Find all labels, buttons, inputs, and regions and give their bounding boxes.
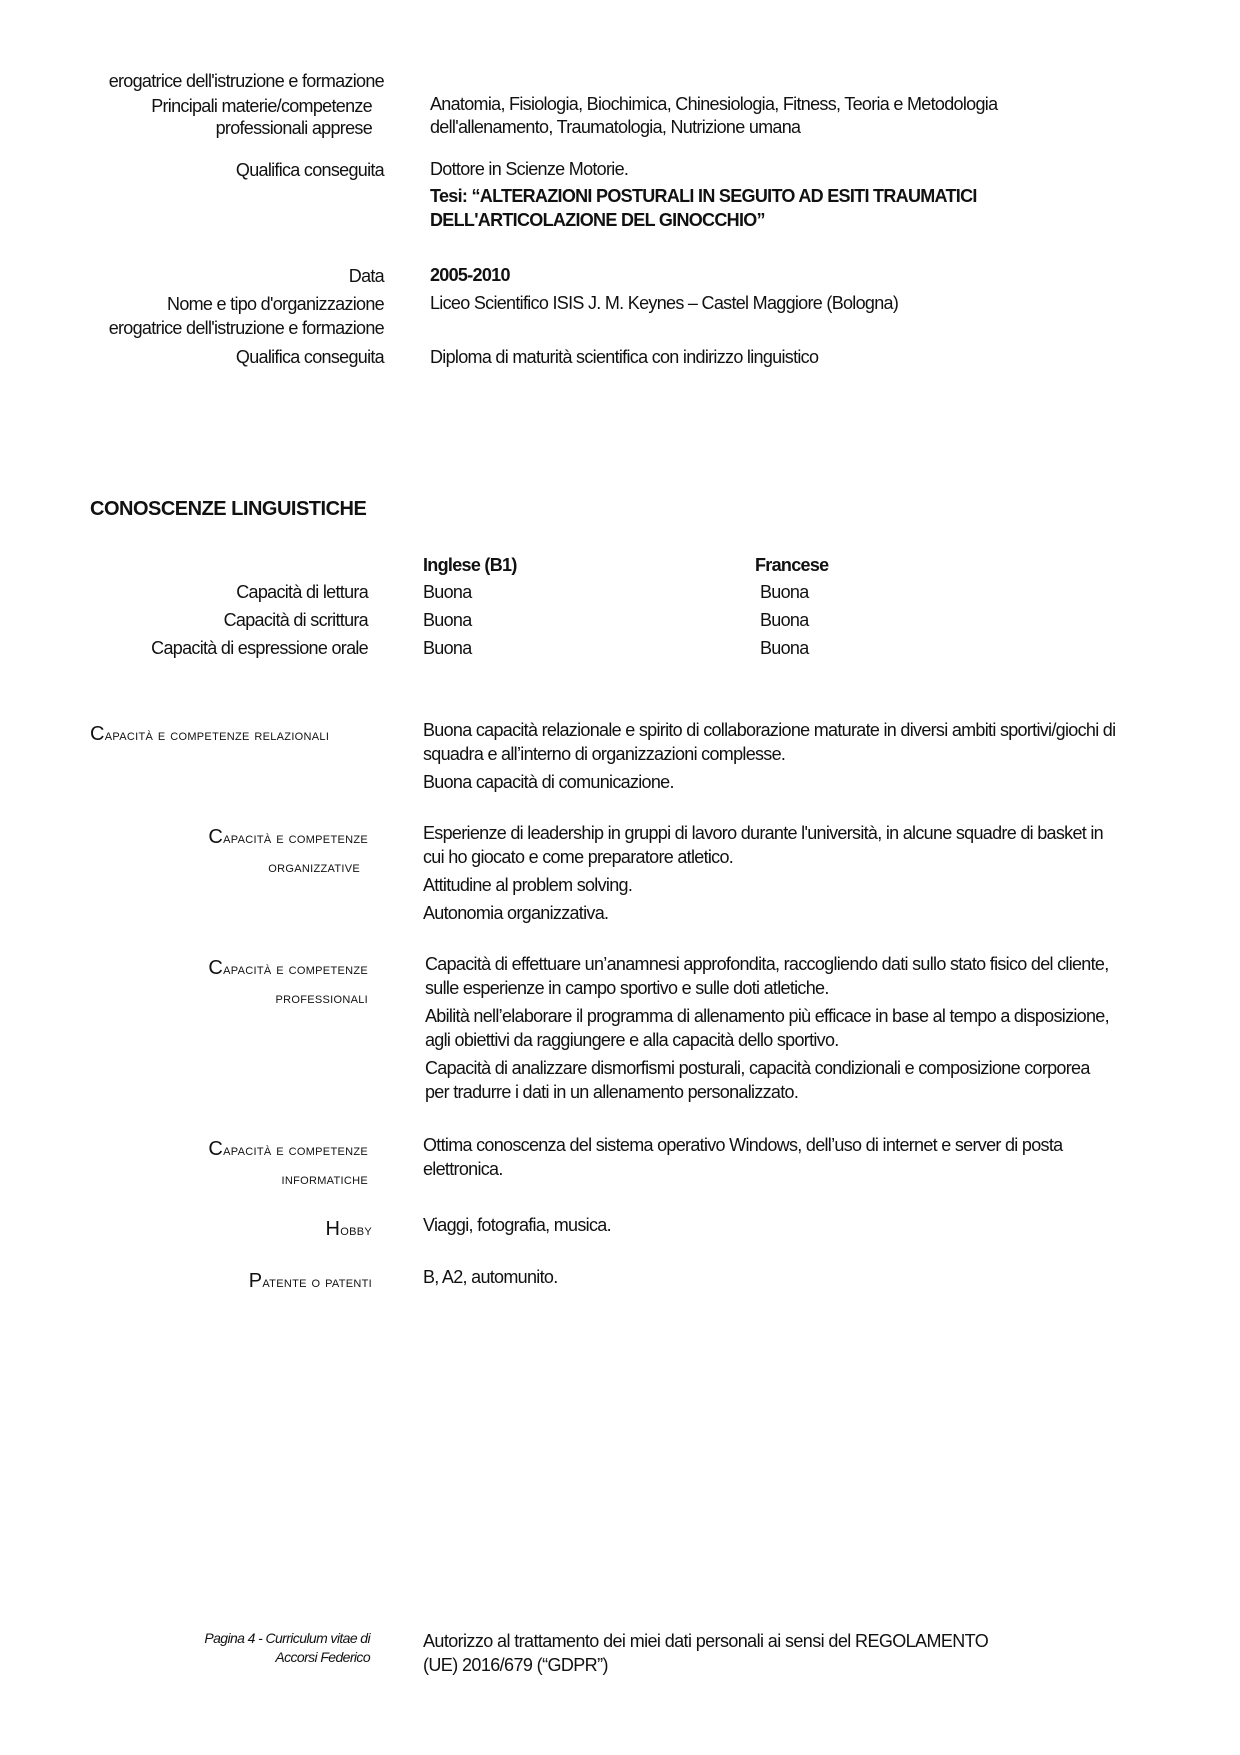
language-level: Buona xyxy=(760,608,809,632)
hs-qualification-label: Qualifica conseguita xyxy=(236,346,384,368)
hs-qualification-value: Diploma di maturità scientifica con indi… xyxy=(430,345,818,369)
language-row-label: Capacità di scrittura xyxy=(224,609,368,631)
skill-value-professionali: Capacità di effettuare un’anamnesi appro… xyxy=(425,952,1109,1104)
thesis-title: Tesi: “ALTERAZIONI POSTURALI IN SEGUITO … xyxy=(430,184,977,232)
language-level: Buona xyxy=(760,580,809,604)
skill-label-informatiche: Capacità e competenzeinformatiche xyxy=(208,1135,368,1194)
language-level: Buona xyxy=(423,636,472,660)
skill-value-patente: B, A2, automunito. xyxy=(423,1265,558,1289)
language-row-label: Capacità di espressione orale xyxy=(151,637,368,659)
skill-value-organizzative: Esperienze di leadership in gruppi di la… xyxy=(423,821,1103,925)
qualification-label: Qualifica conseguita xyxy=(236,159,384,181)
skill-label-patente: Patente o patenti xyxy=(249,1267,372,1297)
skill-label-organizzative: Capacità e competenzeorganizzative xyxy=(208,823,368,882)
org-value: Liceo Scientifico ISIS J. M. Keynes – Ca… xyxy=(430,291,898,315)
language-level: Buona xyxy=(423,608,472,632)
subjects-label: Principali materie/competenze profession… xyxy=(151,95,372,139)
lang-col-english: Inglese (B1) xyxy=(423,553,517,577)
org-label: Nome e tipo d'organizzazione erogatrice … xyxy=(109,292,384,340)
language-level: Buona xyxy=(423,580,472,604)
qualification-value: Dottore in Scienze Motorie. xyxy=(430,157,628,181)
date-label: Data xyxy=(349,265,384,287)
skill-label-hobby: Hobby xyxy=(325,1215,372,1245)
lang-col-french: Francese xyxy=(755,553,828,577)
language-level: Buona xyxy=(760,636,809,660)
language-row-label: Capacità di lettura xyxy=(236,581,368,603)
date-value: 2005-2010 xyxy=(430,263,510,287)
footer-gdpr-consent: Autorizzo al trattamento dei miei dati p… xyxy=(423,1629,988,1677)
skill-label-relazionali: Capacità e competenze relazionali xyxy=(90,720,329,750)
skill-label-professionali: Capacità e competenzeprofessionali xyxy=(208,954,368,1013)
footer-page-info: Pagina 4 - Curriculum vitae di Accorsi F… xyxy=(204,1629,370,1667)
section-title-languages: CONOSCENZE LINGUISTICHE xyxy=(90,498,366,521)
skill-value-informatiche: Ottima conoscenza del sistema operativo … xyxy=(423,1133,1062,1181)
subjects-value: Anatomia, Fisiologia, Biochimica, Chines… xyxy=(430,93,997,139)
skill-value-relazionali: Buona capacità relazionale e spirito di … xyxy=(423,718,1115,794)
skill-value-hobby: Viaggi, fotografia, musica. xyxy=(423,1213,611,1237)
org-label-continued: erogatrice dell'istruzione e formazione xyxy=(109,70,384,92)
